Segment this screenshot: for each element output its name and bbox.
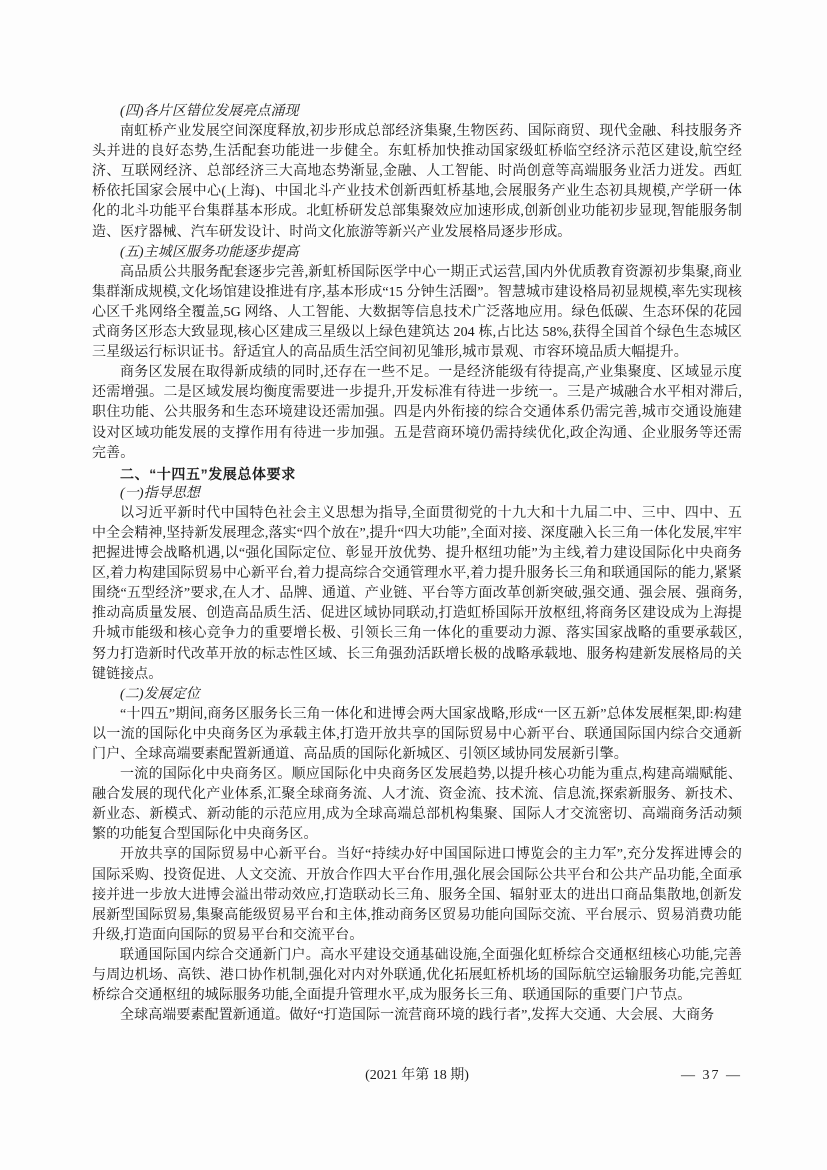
chapter-heading-overall-requirements: 二、“十四五”发展总体要求 [92, 464, 742, 484]
paragraph-one-zone-five-new: “十四五”期间,商务区服务长三角一体化和进博会两大国家战略,形成“一区五新”总体… [92, 705, 742, 765]
footer-issue-label: (2021 年第 18 期) [92, 1066, 742, 1085]
paragraph-global-elements-channel: 全球高端要素配置新通道。做好“打造国际一流营商环境的践行者”,发挥大交通、大会展… [92, 1006, 742, 1026]
subheading-main-city-services: (五)主城区服务功能逐步提高 [92, 243, 742, 263]
paragraph-public-services: 高品质公共服务配套逐步完善,新虹桥国际医学中心一期正式运营,国内外优质教育资源初… [92, 263, 742, 363]
footer-page-number: — 37 — [681, 1066, 742, 1085]
document-body: (四)各片区错位发展亮点涌现 南虹桥产业发展空间深度释放,初步形成总部经济集聚,… [92, 102, 742, 1026]
paragraph-cbd: 一流的国际化中央商务区。顺应国际化中央商务区发展趋势,以提升核心功能为重点,构建… [92, 765, 742, 845]
paragraph-transport-gateway: 联通国际国内综合交通新门户。高水平建设交通基础设施,全面强化虹桥综合交通枢纽核心… [92, 946, 742, 1006]
paragraph-trade-platform: 开放共享的国际贸易中心新平台。当好“持续办好中国国际进口博览会的主力军”,充分发… [92, 845, 742, 945]
paragraph-shortcomings: 商务区发展在取得新成绩的同时,还存在一些不足。一是经济能级有待提高,产业集聚度、… [92, 363, 742, 463]
subheading-development-positioning: (二)发展定位 [92, 685, 742, 705]
page-footer: (2021 年第 18 期) — 37 — [92, 1066, 742, 1085]
subheading-guiding-ideology: (一)指导思想 [92, 484, 742, 504]
paragraph-guiding-ideology: 以习近平新时代中国特色社会主义思想为指导,全面贯彻党的十九大和十九届二中、三中、… [92, 504, 742, 685]
paragraph-district-development: 南虹桥产业发展空间深度释放,初步形成总部经济集聚,生物医药、国际商贸、现代金融、… [92, 122, 742, 243]
document-page: (四)各片区错位发展亮点涌现 南虹桥产业发展空间深度释放,初步形成总部经济集聚,… [0, 0, 827, 1170]
subheading-district-highlights: (四)各片区错位发展亮点涌现 [92, 102, 742, 122]
